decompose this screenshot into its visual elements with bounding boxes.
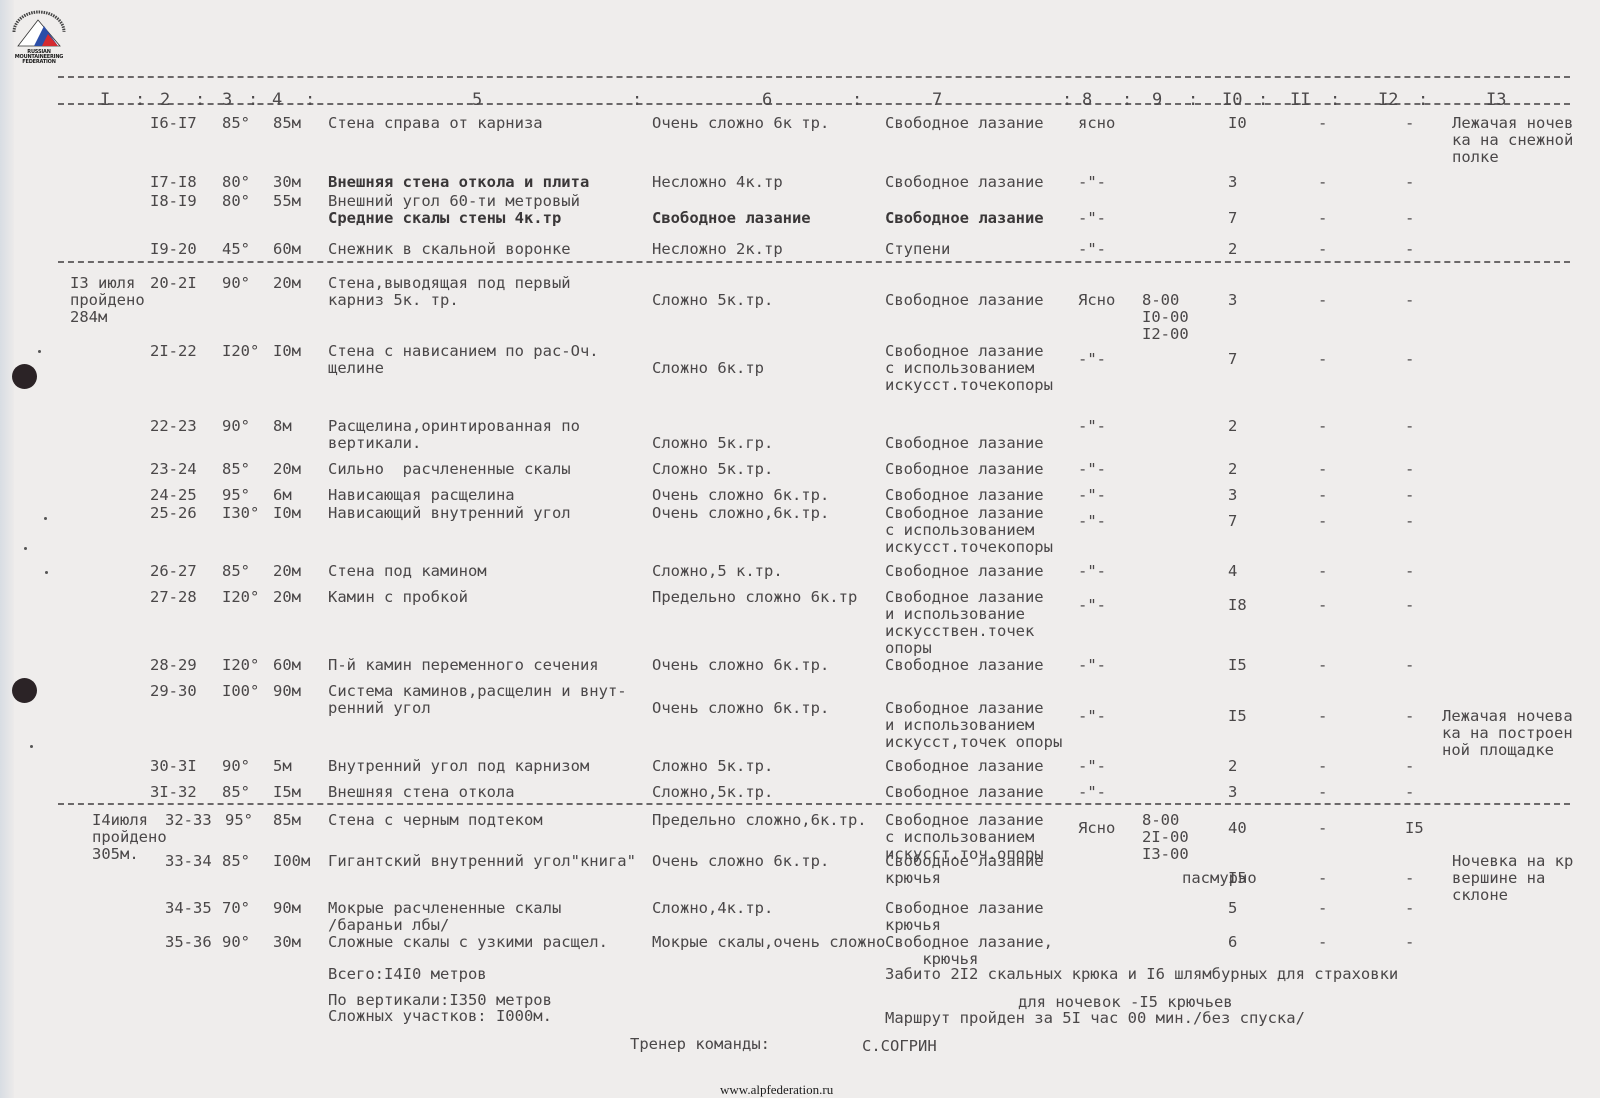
row-section: 34-35 — [165, 900, 212, 917]
row-description: Внешняя стена откола и плита — [328, 174, 589, 191]
row-ice-pitons: - — [1318, 708, 1327, 725]
row-description: щелине — [328, 360, 384, 377]
column-separator: : — [632, 90, 642, 110]
row-difficulty: Сложно 5к.гр. — [652, 435, 773, 452]
row-time: I2-00 — [1142, 326, 1189, 343]
row-description: Гигантский внутренний угол"книга" — [328, 853, 636, 870]
row-length: 6м — [273, 487, 292, 504]
row-notes: склоне — [1452, 887, 1508, 904]
row-description: Сильно расчлененные скалы — [328, 461, 571, 478]
row-rock-pitons: 2 — [1228, 461, 1237, 478]
row-bolts: - — [1405, 418, 1414, 435]
column-separator: : — [1122, 90, 1132, 110]
row-length: 90м — [273, 900, 301, 917]
row-method: Свободное лазание — [885, 657, 1044, 674]
row-bolts: - — [1405, 870, 1414, 887]
row-method: искусствен.точек — [885, 623, 1034, 640]
row-section: I9-20 — [150, 241, 197, 258]
row-description: Стена с черным подтеком — [328, 812, 543, 829]
column-separator: : — [1062, 90, 1072, 110]
row-notes: ка на снежной — [1452, 132, 1573, 149]
row-method: искусст,точек опоры — [885, 734, 1062, 751]
row-section: 33-34 — [165, 853, 212, 870]
column-header-10: I0 — [1222, 90, 1242, 110]
header-rule-top — [58, 76, 1570, 78]
row-length: 30м — [273, 174, 301, 191]
row-description: ренний угол — [328, 700, 431, 717]
row-description: Стена,выводящая под первый — [328, 275, 571, 292]
row-notes: Лежачая ночева — [1442, 708, 1573, 725]
row-method: крючья — [885, 870, 941, 887]
row-method: Свободное лазание — [885, 900, 1044, 917]
row-method: искусст.точекопоры — [885, 539, 1053, 556]
watermark-url: www.alpfederation.ru — [720, 1082, 833, 1098]
row-difficulty: Сложно 5к.тр. — [652, 461, 773, 478]
row-bolts: - — [1405, 657, 1414, 674]
row-method: Свободное лазание — [885, 343, 1044, 360]
row-length: I0м — [273, 505, 301, 522]
row-rock-pitons: 6 — [1228, 934, 1237, 951]
row-bolts: - — [1405, 174, 1414, 191]
row-bolts: - — [1405, 708, 1414, 725]
row-difficulty: Очень сложно 6к.тр. — [652, 853, 829, 870]
row-method: Свободное лазание — [885, 505, 1044, 522]
row-ice-pitons: - — [1318, 241, 1327, 258]
row-rock-pitons: 3 — [1228, 292, 1237, 309]
row-method: Свободное лазание, — [885, 934, 1053, 951]
row-length: I00м — [273, 853, 310, 870]
row-length: 8м — [273, 418, 292, 435]
row-difficulty: Сложно,5к.тр. — [652, 784, 773, 801]
row-ice-pitons: - — [1318, 210, 1327, 227]
row-angle: 95° — [225, 812, 253, 829]
row-section: 30-3I — [150, 758, 197, 775]
row-difficulty: Мокрые скалы,очень сложно — [652, 934, 885, 951]
row-description: Стена справа от карниза — [328, 115, 543, 132]
row-angle: 45° — [222, 241, 250, 258]
scan-speck — [30, 745, 33, 748]
coach-label: Тренер команды: — [630, 1036, 770, 1053]
row-method: Свободное лазание — [885, 435, 1044, 452]
row-time: I0-00 — [1142, 309, 1189, 326]
row-bolts: - — [1405, 934, 1414, 951]
row-description: Расщелина,оринтированная по — [328, 418, 580, 435]
column-header-11: II — [1290, 90, 1310, 110]
row-method: Свободное лазание — [885, 487, 1044, 504]
row-ice-pitons: - — [1318, 563, 1327, 580]
row-difficulty: Сложно 5к.тр. — [652, 292, 773, 309]
day-separator — [58, 261, 1570, 263]
column-header-9: 9 — [1152, 90, 1162, 110]
row-date-note: I3 июля пройдено 284м — [70, 275, 145, 326]
row-weather: Ясно — [1078, 820, 1115, 837]
column-separator: : — [852, 90, 862, 110]
row-description: Стена с нависанием по рас-Оч. — [328, 343, 599, 360]
row-notes: Лежачая ночев — [1452, 115, 1573, 132]
row-bolts: - — [1405, 487, 1414, 504]
scan-speck — [44, 517, 47, 520]
row-length: 5м — [273, 758, 292, 775]
row-rock-pitons: 2 — [1228, 241, 1237, 258]
column-separator: : — [1330, 90, 1340, 110]
row-rock-pitons: 2 — [1228, 758, 1237, 775]
federation-logo: RUSSIAN MOUNTAINEERING FEDERATION — [8, 10, 70, 62]
row-method: опоры — [885, 640, 932, 657]
row-notes: полке — [1452, 149, 1499, 166]
row-rock-pitons: I5 — [1228, 870, 1247, 887]
row-rock-pitons: 7 — [1228, 513, 1237, 530]
row-bolts: - — [1405, 292, 1414, 309]
row-length: 20м — [273, 461, 301, 478]
row-weather: Ясно — [1078, 292, 1115, 309]
row-angle: 90° — [222, 758, 250, 775]
column-separator: : — [248, 90, 258, 110]
row-method: Свободное лазание — [885, 174, 1044, 191]
row-ice-pitons: - — [1318, 174, 1327, 191]
row-angle: 70° — [222, 900, 250, 917]
column-separator: : — [1258, 90, 1268, 110]
row-angle: 90° — [222, 934, 250, 951]
row-weather: -"- — [1078, 461, 1106, 478]
row-angle: 95° — [222, 487, 250, 504]
row-length: 60м — [273, 241, 301, 258]
row-notes: ка на построен — [1442, 725, 1573, 742]
row-notes: вершине на — [1452, 870, 1545, 887]
row-angle: 85° — [222, 563, 250, 580]
row-method: Ступени — [885, 241, 950, 258]
row-rock-pitons: I5 — [1228, 657, 1247, 674]
row-ice-pitons: - — [1318, 784, 1327, 801]
row-section: 35-36 — [165, 934, 212, 951]
row-angle: 85° — [222, 853, 250, 870]
column-header-1: I — [100, 90, 110, 110]
row-weather: -"- — [1078, 563, 1106, 580]
row-length: I0м — [273, 343, 301, 360]
row-bolts: - — [1405, 513, 1414, 530]
row-method: Свободное лазание — [885, 589, 1044, 606]
row-ice-pitons: - — [1318, 292, 1327, 309]
row-length: 20м — [273, 275, 301, 292]
row-weather: -"- — [1078, 210, 1106, 227]
row-rock-pitons: 40 — [1228, 820, 1247, 837]
row-method: с использованием — [885, 829, 1034, 846]
row-difficulty: Сложно,5 к.тр. — [652, 563, 783, 580]
row-section: 22-23 — [150, 418, 197, 435]
row-method: Свободное лазание — [885, 812, 1044, 829]
row-weather: -"- — [1078, 418, 1106, 435]
row-description: П-й камин переменного сечения — [328, 657, 599, 674]
row-rock-pitons: 2 — [1228, 418, 1237, 435]
row-difficulty: Предельно сложно 6к.тр — [652, 589, 857, 606]
row-section: 28-29 — [150, 657, 197, 674]
row-section: I8-I9 — [150, 193, 197, 210]
row-bolts: - — [1405, 351, 1414, 368]
summary-total: Всего:I4I0 метров — [328, 966, 487, 983]
row-angle: I00° — [222, 683, 259, 700]
row-method: крючья — [885, 917, 941, 934]
row-description: Сложные скалы с узкими расщел. — [328, 934, 608, 951]
row-angle: 85° — [222, 115, 250, 132]
scan-speck — [38, 350, 41, 353]
row-bolts: - — [1405, 900, 1414, 917]
row-length: 85м — [273, 812, 301, 829]
row-difficulty: Сложно 6к.тр — [652, 360, 764, 377]
row-length: 20м — [273, 589, 301, 606]
row-weather: -"- — [1078, 351, 1106, 368]
row-ice-pitons: - — [1318, 820, 1327, 837]
column-separator: : — [1418, 90, 1428, 110]
row-difficulty: Несложно 2к.тр — [652, 241, 783, 258]
row-angle: 90° — [222, 418, 250, 435]
row-method: и использование — [885, 606, 1025, 623]
row-section: 26-27 — [150, 563, 197, 580]
row-weather: ясно — [1078, 115, 1115, 132]
row-description: Мокрые расчлененные скалы — [328, 900, 561, 917]
row-section: 32-33 — [165, 812, 212, 829]
row-length: 55м — [273, 193, 301, 210]
row-method: Свободное лазание — [885, 784, 1044, 801]
row-method: с использованием — [885, 360, 1034, 377]
row-method: Свободное лазание — [885, 292, 1044, 309]
row-angle: I30° — [222, 505, 259, 522]
row-angle: 80° — [222, 174, 250, 191]
row-notes: ной площадке — [1442, 742, 1554, 759]
row-rock-pitons: 3 — [1228, 174, 1237, 191]
row-difficulty: Очень сложно,6к.тр. — [652, 505, 829, 522]
row-section: 27-28 — [150, 589, 197, 606]
row-difficulty: Очень сложно 6к.тр. — [652, 700, 829, 717]
mountain-logo-icon — [8, 10, 70, 50]
row-weather: -"- — [1078, 597, 1106, 614]
row-time: I3-00 — [1142, 846, 1189, 863]
column-separator: : — [135, 90, 145, 110]
row-bolts: - — [1405, 758, 1414, 775]
row-weather: -"- — [1078, 784, 1106, 801]
row-description: Средние скалы стены 4к.тр — [328, 210, 561, 227]
coach-name: С.СОГРИН — [862, 1038, 937, 1055]
row-weather: -"- — [1078, 513, 1106, 530]
row-length: 60м — [273, 657, 301, 674]
binder-hole — [12, 364, 37, 389]
column-header-4: 4 — [272, 90, 282, 110]
row-ice-pitons: - — [1318, 657, 1327, 674]
row-weather: -"- — [1078, 174, 1106, 191]
row-rock-pitons: 5 — [1228, 900, 1237, 917]
row-description: Внутренний угол под карнизом — [328, 758, 589, 775]
row-method: Свободное лазание — [885, 758, 1044, 775]
row-ice-pitons: - — [1318, 597, 1327, 614]
row-description: Стена под камином — [328, 563, 487, 580]
row-weather: -"- — [1078, 487, 1106, 504]
row-method: с использованием — [885, 522, 1034, 539]
row-angle: 90° — [222, 275, 250, 292]
column-header-2: 2 — [160, 90, 170, 110]
row-ice-pitons: - — [1318, 513, 1327, 530]
row-method: Свободное лазание — [885, 563, 1044, 580]
row-difficulty: Сложно,4к.тр. — [652, 900, 773, 917]
row-ice-pitons: - — [1318, 115, 1327, 132]
row-rock-pitons: I0 — [1228, 115, 1247, 132]
row-length: 30м — [273, 934, 301, 951]
row-bolts: - — [1405, 563, 1414, 580]
row-length: 85м — [273, 115, 301, 132]
row-method: Свободное лазание — [885, 853, 1044, 870]
row-method: Свободное лазание — [885, 115, 1044, 132]
row-ice-pitons: - — [1318, 900, 1327, 917]
row-length: 20м — [273, 563, 301, 580]
row-method: и использованием — [885, 717, 1034, 734]
row-angle: 80° — [222, 193, 250, 210]
row-weather: -"- — [1078, 708, 1106, 725]
scan-speck — [45, 571, 48, 574]
binder-hole — [12, 678, 37, 703]
row-rock-pitons: I5 — [1228, 708, 1247, 725]
row-section: 25-26 — [150, 505, 197, 522]
row-section: 3I-32 — [150, 784, 197, 801]
row-weather: -"- — [1078, 657, 1106, 674]
row-method: Свободное лазание — [885, 700, 1044, 717]
row-bolts: - — [1405, 210, 1414, 227]
row-rock-pitons: 3 — [1228, 487, 1237, 504]
summary-pitons: Забито 2I2 скальных крюка и I6 шлямбурны… — [885, 966, 1398, 983]
logo-text-line3: FEDERATION — [8, 60, 70, 65]
row-rock-pitons: I8 — [1228, 597, 1247, 614]
column-header-6: 6 — [762, 90, 772, 110]
summary-duration: Маршрут пройден за 5I час 00 мин./без сп… — [885, 1010, 1305, 1027]
row-section: 20-2I — [150, 275, 197, 292]
row-date-note: I4июля пройдено 305м. — [92, 812, 167, 863]
row-angle: I20° — [222, 589, 259, 606]
scan-page-edge — [0, 0, 14, 1098]
header-rule-bottom — [58, 103, 1570, 105]
row-rock-pitons: 7 — [1228, 210, 1237, 227]
column-header-5: 5 — [472, 90, 482, 110]
row-bolts: - — [1405, 461, 1414, 478]
row-time: 8-00 — [1142, 292, 1179, 309]
row-difficulty: Очень сложно 6к.тр. — [652, 487, 829, 504]
row-angle: I20° — [222, 657, 259, 674]
row-description: карниз 5к. тр. — [328, 292, 459, 309]
row-difficulty: Несложно 4к.тр — [652, 174, 783, 191]
row-description: Нависающая расщелина — [328, 487, 515, 504]
row-section: 24-25 — [150, 487, 197, 504]
row-section: I6-I7 — [150, 115, 197, 132]
column-header-12: I2 — [1378, 90, 1398, 110]
column-header-3: 3 — [222, 90, 232, 110]
row-description: Внешняя стена откола — [328, 784, 515, 801]
row-ice-pitons: - — [1318, 461, 1327, 478]
row-time: 2I-00 — [1142, 829, 1189, 846]
row-method: Свободное лазание — [885, 210, 1044, 227]
row-description: Система каминов,расщелин и внут- — [328, 683, 627, 700]
column-separator: : — [305, 90, 315, 110]
row-rock-pitons: 3 — [1228, 784, 1237, 801]
row-ice-pitons: - — [1318, 351, 1327, 368]
row-section: I7-I8 — [150, 174, 197, 191]
row-bolts: - — [1405, 597, 1414, 614]
row-difficulty: Очень сложно 6к.тр. — [652, 657, 829, 674]
row-description: Снежник в скальной воронке — [328, 241, 571, 258]
row-angle: I20° — [222, 343, 259, 360]
row-section: 23-24 — [150, 461, 197, 478]
column-header-8: 8 — [1082, 90, 1092, 110]
row-ice-pitons: - — [1318, 418, 1327, 435]
row-ice-pitons: - — [1318, 934, 1327, 951]
column-header-7: 7 — [932, 90, 942, 110]
row-section: 2I-22 — [150, 343, 197, 360]
row-method: Свободное лазание — [885, 461, 1044, 478]
row-notes: Ночевка на кр — [1452, 853, 1573, 870]
row-difficulty: Очень сложно 6к тр. — [652, 115, 829, 132]
row-length: I5м — [273, 784, 301, 801]
row-description: вертикали. — [328, 435, 421, 452]
summary-difficult: Сложных участков: I000м. — [328, 1008, 552, 1025]
row-difficulty: Сложно 5к.тр. — [652, 758, 773, 775]
row-rock-pitons: 4 — [1228, 563, 1237, 580]
row-difficulty: Свободное лазание — [652, 210, 811, 227]
row-weather: -"- — [1078, 241, 1106, 258]
column-separator: : — [195, 90, 205, 110]
row-bolts: I5 — [1405, 820, 1424, 837]
row-bolts: - — [1405, 784, 1414, 801]
row-description: Нависающий внутренний угол — [328, 505, 571, 522]
row-ice-pitons: - — [1318, 870, 1327, 887]
row-angle: 85° — [222, 461, 250, 478]
scan-speck — [24, 547, 27, 550]
column-header-13: I3 — [1486, 90, 1506, 110]
row-angle: 85° — [222, 784, 250, 801]
row-description: /бараньи лбы/ — [328, 917, 449, 934]
row-rock-pitons: 7 — [1228, 351, 1237, 368]
row-section: 29-30 — [150, 683, 197, 700]
day-separator — [58, 803, 1570, 805]
row-weather: -"- — [1078, 758, 1106, 775]
column-separator: : — [1188, 90, 1198, 110]
row-ice-pitons: - — [1318, 758, 1327, 775]
row-bolts: - — [1405, 115, 1414, 132]
row-description: Камин с пробкой — [328, 589, 468, 606]
row-method: искусст.точекопоры — [885, 377, 1053, 394]
row-description: Внешний угол 60-ти метровый — [328, 193, 580, 210]
row-length: 90м — [273, 683, 301, 700]
row-time: 8-00 — [1142, 812, 1179, 829]
row-ice-pitons: - — [1318, 487, 1327, 504]
row-bolts: - — [1405, 241, 1414, 258]
row-difficulty: Предельно сложно,6к.тр. — [652, 812, 867, 829]
